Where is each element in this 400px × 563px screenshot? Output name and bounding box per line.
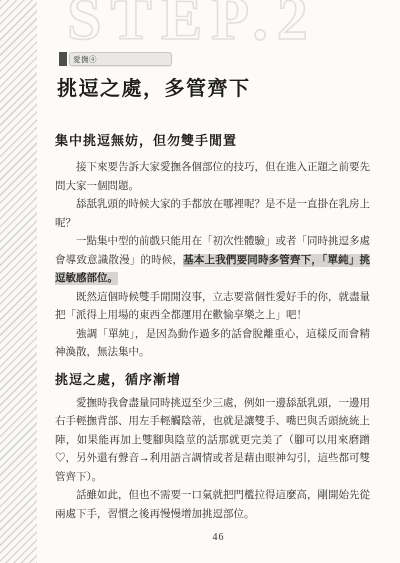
chapter-tag: 愛撫④ — [59, 52, 172, 66]
tag-square-marker — [59, 52, 67, 66]
step-watermark: STEP.2 — [67, 0, 317, 55]
page-number: 46 — [37, 532, 400, 543]
page-body: STEP.2 愛撫④ 挑逗之處，多管齊下 集中挑逗無妨，但勿雙手閒置 接下來要告… — [37, 0, 400, 563]
section2-heading: 挑逗之處，循序漸增 — [55, 373, 370, 386]
section2-paragraph-1: 愛撫時我會盡量同時挑逗至少三處，例如一邊舔舐乳頭，一邊用右手輕撫背部、用左手輕觸… — [55, 395, 370, 488]
book-page: STEP.2 愛撫④ 挑逗之處，多管齊下 集中挑逗無妨，但勿雙手閒置 接下來要告… — [0, 0, 400, 563]
section1-paragraph-1: 接下來要告訴大家愛撫各個部位的技巧，但在進入正題之前要先問大家一個問題。 — [55, 159, 370, 196]
body-text: 集中挑逗無妨，但勿雙手閒置 接下來要告訴大家愛撫各個部位的技巧，但在進入正題之前… — [55, 134, 370, 524]
page-edge-hatch-texture — [0, 0, 37, 563]
section1-paragraph-4: 既然這個時候雙手閒閒沒事，立志要當個性愛好手的你，就盡量把「派得上用場的東西全都… — [55, 289, 370, 326]
section2-paragraph-2: 話雖如此，但也不需要一口氣就把門檻拉得這麼高，剛開始先從兩處下手，習慣之後再慢慢… — [55, 487, 370, 524]
section1-heading: 集中挑逗無妨，但勿雙手閒置 — [55, 134, 370, 147]
section1-paragraph-3: 一點集中型的前戲只能用在「初次性體驗」或者「同時挑逗多處會導致意識散漫」的時候，… — [55, 233, 370, 289]
section1-paragraph-2: 舔舐乳頭的時候大家的手都放在哪裡呢？是不是一直掛在乳房上呢？ — [55, 196, 370, 233]
page-title: 挑逗之處，多管齊下 — [57, 72, 251, 101]
tag-bar: 愛撫④ — [69, 52, 172, 66]
tag-label: 愛撫④ — [73, 54, 97, 65]
section1-paragraph-5: 強調「單純」，是因為動作過多的話會脫離重心，這樣反而會精神渙散，無法集中。 — [55, 326, 370, 363]
